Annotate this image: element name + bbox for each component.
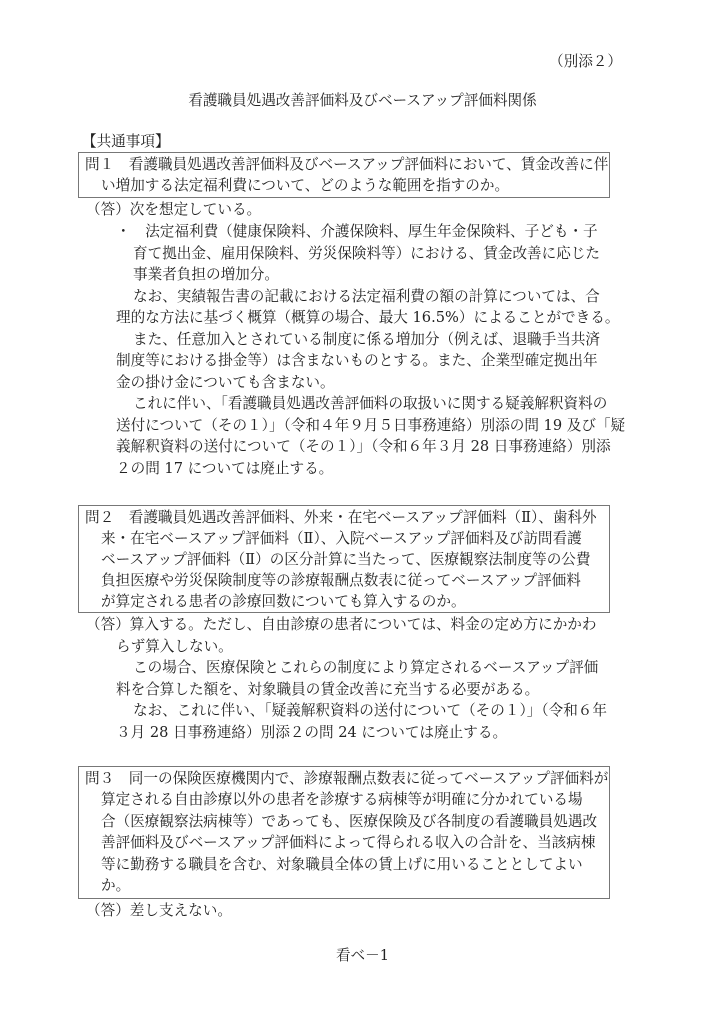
question-3-line: 算定される自由診療以外の患者を診療する病棟等が明確に分かれている場 <box>101 789 583 811</box>
question-2-box: 問２ 看護職員処遇改善評価料、外来・在宅ベースアップ評価料（Ⅱ）、歯科外 来・在… <box>78 505 610 613</box>
answer-2-line: なお、これに伴い、「疑義解釈資料の送付について（その１）」（令和６年 <box>133 700 607 722</box>
answer-1-line: （答）次を想定している。 <box>86 199 261 221</box>
question-1-line: 問１ 看護職員処遇改善評価料及びベースアップ評価料において、賃金改善に伴 <box>85 154 608 176</box>
question-2-line: ベースアップ評価料（Ⅱ）の区分計算に当たって、医療観察法制度等の公費 <box>101 549 590 571</box>
question-3-line: 問３ 同一の保険医療機関内で、診療報酬点数表に従ってベースアップ評価料が <box>85 768 608 790</box>
document-title: 看護職員処遇改善評価料及びベースアップ評価料関係 <box>0 89 725 110</box>
section-heading: 【共通事項】 <box>82 130 170 151</box>
answer-1-line: 送付について（その１）」（令和４年９月５日事務連絡）別添の問 19 及び「疑 <box>116 415 625 437</box>
question-2-line: 問２ 看護職員処遇改善評価料、外来・在宅ベースアップ評価料（Ⅱ）、歯科外 <box>85 507 597 529</box>
question-3-line: 合（医療観察法病棟等）であっても、医療保険及び各制度の看護職員処遇改 <box>101 811 597 833</box>
question-2-line: 負担医療や労災保険制度等の診療報酬点数表に従ってベースアップ評価料 <box>101 570 581 592</box>
question-1-box: 問１ 看護職員処遇改善評価料及びベースアップ評価料において、賃金改善に伴 い増加… <box>78 152 610 198</box>
answer-2-line: この場合、医療保険とこれらの制度により算定されるベースアップ評価 <box>133 657 598 679</box>
answer-2-line: （答）算入する。ただし、自由診療の患者については、料金の定め方にかかわ <box>86 614 597 636</box>
answer-2-line: らず算入しない。 <box>116 636 233 658</box>
question-3-box: 問３ 同一の保険医療機関内で、診療報酬点数表に従ってベースアップ評価料が 算定さ… <box>78 766 610 899</box>
attachment-label: （別添２） <box>549 50 622 71</box>
answer-1-line: ２の問 17 については廃止する。 <box>116 458 333 480</box>
question-3-line: か。 <box>101 875 130 897</box>
answer-1-line: また、任意加入とされている制度に係る増加分（例えば、退職手当共済 <box>133 329 600 351</box>
answer-1-line: ・ 法定福利費（健康保険料、介護保険料、厚生年金保険料、子ども・子 <box>116 221 598 243</box>
answer-3-line: （答）差し支えない。 <box>86 900 232 922</box>
answer-1-line: なお、実績報告書の記載における法定福利費の額の計算については、合 <box>133 286 600 308</box>
answer-1-line: 事業者負担の増加分。 <box>133 264 279 286</box>
answer-2-line: ３月 28 日事務連絡）別添２の問 24 については廃止する。 <box>116 722 507 744</box>
answer-1-line: これに伴い、「看護職員処遇改善評価料の取扱いに関する疑義解釈資料の <box>133 393 607 415</box>
answer-1-line: 理的な方法に基づく概算（概算の場合、最大 16.5%）によることができる。 <box>116 307 619 329</box>
page-number: 看ベ－1 <box>0 944 725 965</box>
answer-1-line: 金の掛け金についても含まない。 <box>116 372 335 394</box>
question-3-line: 等に勤務する職員を含む、対象職員全体の賃上げに用いることとしてよい <box>101 854 583 876</box>
answer-1-line: 制度等における掛金等）は含まないものとする。また、企業型確定拠出年 <box>116 350 598 372</box>
answer-1-line: 育て拠出金、雇用保険料、労災保険料等）における、賃金改善に応じた <box>133 243 600 265</box>
answer-1-line: 義解釈資料の送付について（その１）」（令和６年３月 28 日事務連絡）別添 <box>116 436 611 458</box>
answer-2-line: 料を合算した額を、対象職員の賃金改善に充当する必要がある。 <box>116 679 539 701</box>
question-3-line: 善評価料及びベースアップ評価料によって得られる収入の合計を、当該病棟 <box>101 832 595 854</box>
question-1-line: い増加する法定福利費について、どのような範囲を指すのか。 <box>101 175 509 197</box>
question-2-line: が算定される患者の診療回数についても算入するのか。 <box>101 591 466 613</box>
question-2-line: 来・在宅ベースアップ評価料（Ⅱ）、入院ベースアップ評価料及び訪問看護 <box>101 528 582 550</box>
